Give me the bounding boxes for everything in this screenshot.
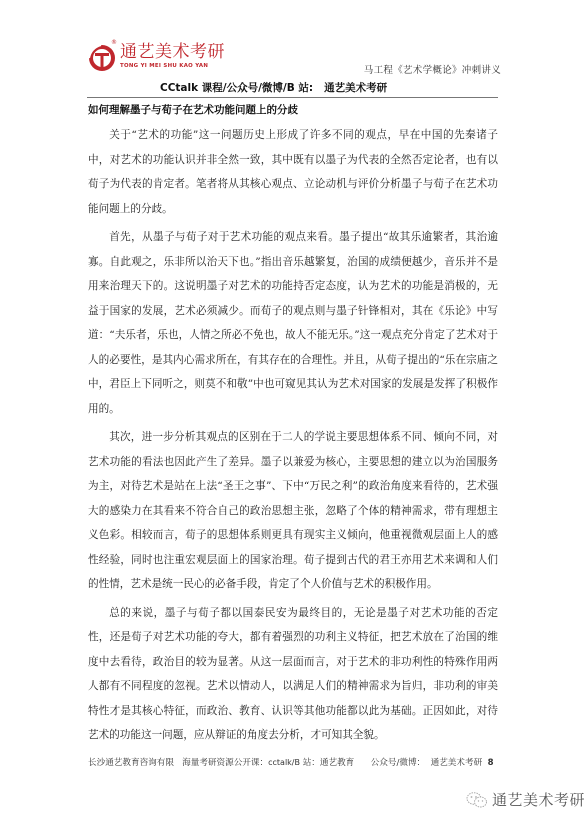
logo-emblem-icon: ®: [87, 42, 117, 72]
paragraph-second: 其次，进一步分析其观点的区别在于二人的学说主要思想体系不同、倾向不同，对艺术功能…: [88, 425, 498, 597]
channels-banner: CCtalk 课程/公众号/微博/B 站: 通艺美术考研: [160, 80, 387, 95]
footer-platforms: cctalk/B: [268, 758, 300, 767]
footer-social-name: 通艺美术考研: [431, 758, 483, 768]
page-footer: 长沙通艺教育咨询有限 海量考研资源公开课：cctalk/B 站：通艺教育 公众号…: [88, 756, 508, 768]
paragraph-first: 首先，从墨子与荀子对于艺术功能的观点来看。墨子提出“故其乐逾繁者，其治逾寡。自此…: [88, 225, 498, 421]
document-body: 如何理解墨子与荀子在艺术功能问题上的分歧 关于“艺术的功能”这一问题历史上形成了…: [88, 100, 498, 752]
wechat-icon: [466, 791, 488, 809]
section-title: 如何理解墨子与荀子在艺术功能问题上的分歧: [88, 100, 498, 120]
footer-station: 站：通艺教育: [300, 758, 354, 768]
footer-company: 长沙通艺教育咨询有限: [88, 758, 174, 768]
paragraph-conclusion: 总的来说，墨子与荀子都以国泰民安为最终目的，无论是墨子对艺术功能的否定性，还是荀…: [88, 601, 498, 748]
registered-mark: ®: [111, 39, 117, 46]
brand-logo: ® 通艺美术考研 TONG YI MEI SHU KAO YAN: [87, 42, 225, 74]
footer-social-label: 公众号/微博：: [371, 758, 425, 768]
course-title: 马工程《艺术学概论》冲刺讲义: [364, 62, 501, 76]
paragraph-intro: 关于“艺术的功能”这一问题历史上形成了许多不同的观点，早在中国的先秦诸子中，对艺…: [88, 123, 498, 221]
header-divider: [87, 97, 498, 98]
footer-open-class-label: 海量考研资源公开课：: [182, 758, 268, 768]
logo-name-en: TONG YI MEI SHU KAO YAN: [120, 62, 225, 70]
wechat-watermark: 通艺美术考研: [466, 789, 585, 810]
page-number: 8: [488, 758, 494, 768]
watermark-text: 通艺美术考研: [492, 789, 585, 810]
logo-name-cn: 通艺美术考研: [120, 42, 225, 62]
